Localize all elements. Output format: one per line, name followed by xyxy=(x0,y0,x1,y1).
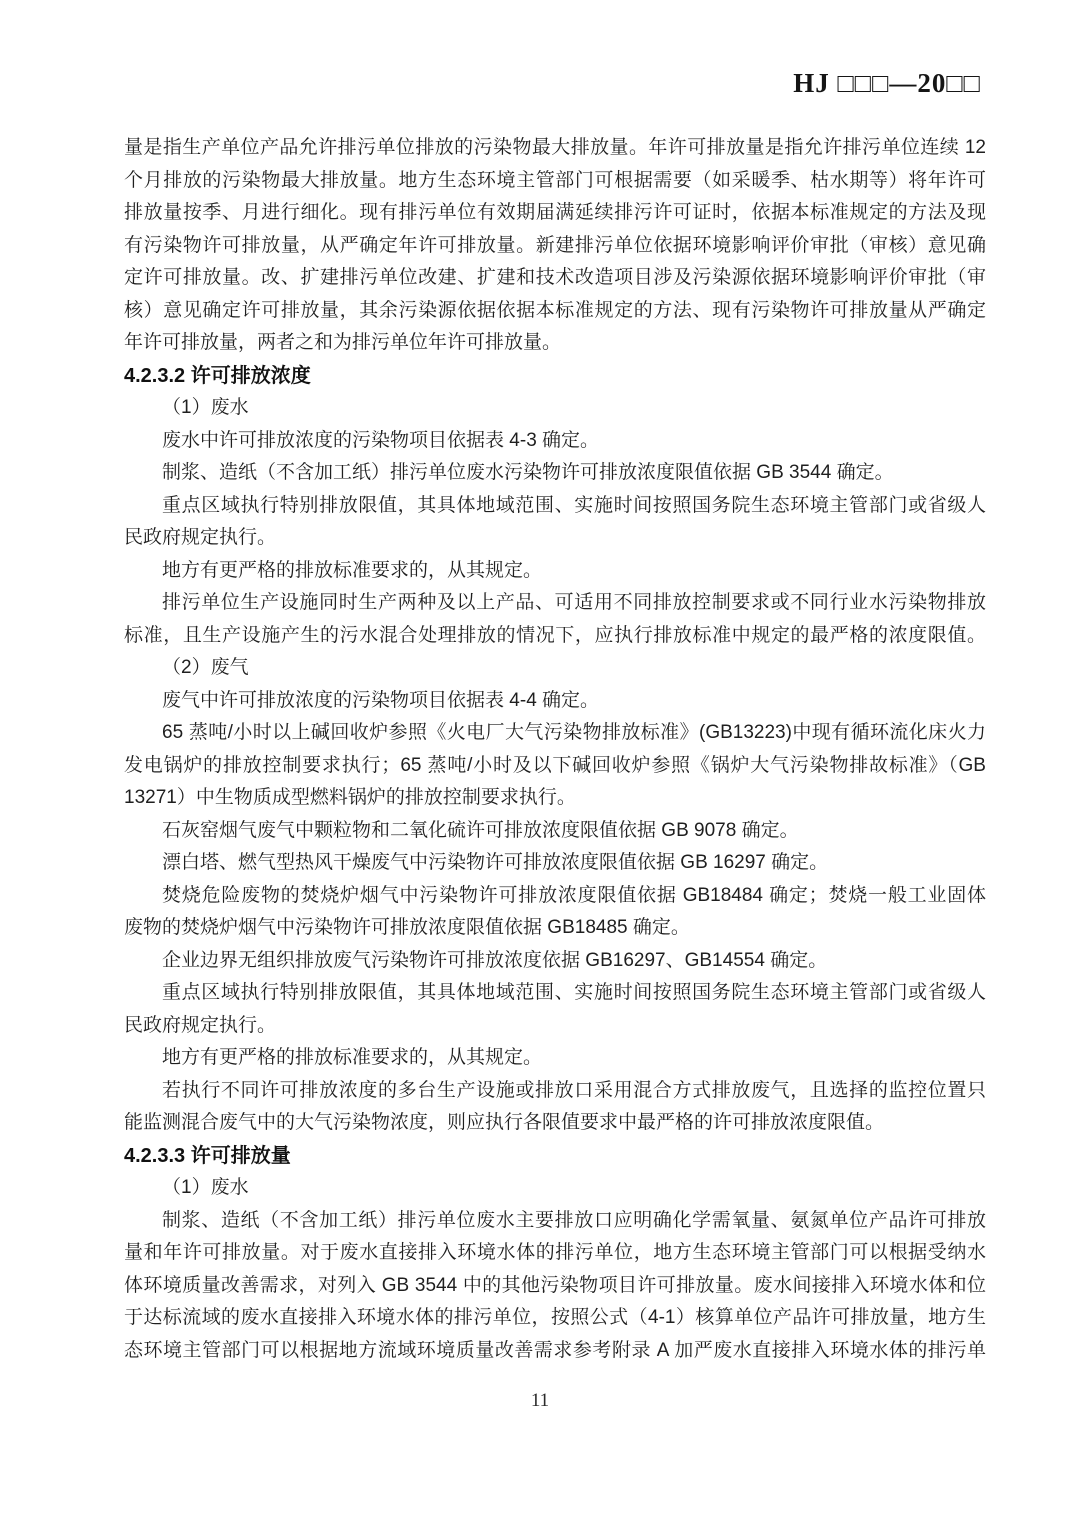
body-line: 定许可排放量。改、扩建排污单位改建、扩建和技术改造项目涉及污染源依据环境影响评价… xyxy=(124,262,986,295)
body-line: 废水中许可排放浓度的污染物项目依据表 4-3 确定。 xyxy=(124,425,986,458)
latin-text-run: 1 xyxy=(181,1177,192,1198)
body-line: 重点区域执行特别排放限值，其具体地域范围、实施时间按照国务院生态环境主管部门或省… xyxy=(124,490,986,523)
latin-text-run: GB18485 xyxy=(542,917,633,938)
body-line: （2）废气 xyxy=(124,652,986,685)
body-line: 若执行不同许可排放浓度的多台生产设施或排放口采用混合方式排放废气，且选择的监控位… xyxy=(124,1075,986,1108)
latin-text-run: (GB13223) xyxy=(699,722,792,743)
body-line: 制浆、造纸（不含加工纸）排污单位废水主要排放口应明确化学需氧量、氨氮单位产品许可… xyxy=(124,1205,986,1238)
latin-text-run: GB 3544 xyxy=(376,1275,463,1296)
latin-text-run: GB 16297 xyxy=(675,852,771,873)
latin-text-run: GB14554 xyxy=(685,950,771,971)
body-line: 发电锅炉的排放控制要求执行；65 蒸吨/小时及以下碱回收炉参照《锅炉大气污染物排… xyxy=(124,750,986,783)
body-line: 量和年许可排放量。对于废水直接排入环境水体的排污单位，地方生态环境主管部门可以根… xyxy=(124,1237,986,1270)
body-line: 地方有更严格的排放标准要求的，从其规定。 xyxy=(124,555,986,588)
body-line: 排污单位生产设施同时生产两种及以上产品、可适用不同排放控制要求或不同行业水污染物… xyxy=(124,587,986,620)
latin-text-run: GB 9078 xyxy=(656,820,742,841)
latin-text-run: 2 xyxy=(181,657,192,678)
body-line: 漂白塔、燃气型热风干燥废气中污染物许可排放浓度限值依据 GB 16297 确定。 xyxy=(124,847,986,880)
latin-text-run: 4-3 xyxy=(504,430,542,451)
body-line: 体环境质量改善需求，对列入 GB 3544 中的其他污染物项目许可排放量。废水间… xyxy=(124,1270,986,1303)
body-line: 废物的焚烧炉烟气中污染物许可排放浓度限值依据 GB18485 确定。 xyxy=(124,912,986,945)
body-line: 重点区域执行特别排放限值，其具体地域范围、实施时间按照国务院生态环境主管部门或省… xyxy=(124,977,986,1010)
body-line: 民政府规定执行。 xyxy=(124,522,986,555)
latin-text-run: 12 xyxy=(959,137,986,158)
body-line: （1）废水 xyxy=(124,1172,986,1205)
latin-text-run: 65 xyxy=(162,722,189,743)
body-line: 企业边界无组织排放废气污染物许可排放浓度依据 GB16297、GB14554 确… xyxy=(124,945,986,978)
body-line: 标准，且生产设施产生的污水混合处理排放的情况下，应执行排放标准中规定的最严格的浓… xyxy=(124,620,986,653)
latin-text-run: 4.2.3.3 xyxy=(124,1145,191,1167)
body-line: 制浆、造纸（不含加工纸）排污单位废水污染物许可排放浓度限值依据 GB 3544 … xyxy=(124,457,986,490)
latin-text-run: GB 3544 xyxy=(751,462,837,483)
section-heading: 4.2.3.3 许可排放量 xyxy=(124,1140,986,1173)
body-line: 民政府规定执行。 xyxy=(124,1010,986,1043)
body-line: 能监测混合废气中的大气污染物浓度，则应执行各限值要求中最严格的许可排放浓度限值。 xyxy=(124,1107,986,1140)
latin-text-run: 4-4 xyxy=(504,690,542,711)
latin-text-run: A xyxy=(651,1340,674,1361)
body-line: 年许可排放量，两者之和为排污单位年许可排放量。 xyxy=(124,327,986,360)
body-line: （1）废水 xyxy=(124,392,986,425)
latin-text-run: 65 xyxy=(400,755,427,776)
section-heading: 4.2.3.2 许可排放浓度 xyxy=(124,360,986,393)
latin-text-run: 1 xyxy=(181,397,192,418)
latin-text-run: / xyxy=(228,722,233,743)
body-line: 65 蒸吨/小时以上碱回收炉参照《火电厂大气污染物排放标准》(GB13223)中… xyxy=(124,717,986,750)
latin-text-run: GB xyxy=(959,755,986,776)
page-number: 11 xyxy=(0,1390,1080,1412)
body-line: 态环境主管部门可以根据地方流域环境质量改善需求参考附录 A 加严废水直接排入环境… xyxy=(124,1335,986,1368)
latin-text-run: GB18484 xyxy=(677,885,769,906)
body-line: 废气中许可排放浓度的污染物项目依据表 4-4 确定。 xyxy=(124,685,986,718)
body-line: 有污染物许可排放量，从严确定年许可排放量。新建排污单位依据环境影响评价审批（审核… xyxy=(124,230,986,263)
body-line: 核）意见确定许可排放量，其余污染源依据依据本标准规定的方法、现有污染物许可排放量… xyxy=(124,295,986,328)
document-page: HJ □□□—20□□ 量是指生产单位产品允许排污单位排放的污染物最大排放量。年… xyxy=(0,0,1080,1527)
latin-text-run: / xyxy=(467,755,472,776)
body-line: 13271）中生物质成型燃料锅炉的排放控制要求执行。 xyxy=(124,782,986,815)
document-body: 量是指生产单位产品允许排污单位排放的污染物最大排放量。年许可排放量是指允许排污单… xyxy=(124,132,986,1367)
latin-text-run: GB16297 xyxy=(580,950,666,971)
body-line: 于达标流域的废水直接排入环境水体的排污单位，按照公式（4-1）核算单位产品许可排… xyxy=(124,1302,986,1335)
document-code-header: HJ □□□—20□□ xyxy=(0,68,981,99)
body-line: 量是指生产单位产品允许排污单位排放的污染物最大排放量。年许可排放量是指允许排污单… xyxy=(124,132,986,165)
body-line: 地方有更严格的排放标准要求的，从其规定。 xyxy=(124,1042,986,1075)
body-line: 个月排放的污染物最大排放量。地方生态环境主管部门可根据需要（如采暖季、枯水期等）… xyxy=(124,165,986,198)
body-line: 排放量按季、月进行细化。现有排污单位有效期届满延续排污许可证时，依据本标准规定的… xyxy=(124,197,986,230)
latin-text-run: 13271 xyxy=(124,787,177,808)
body-line: 石灰窑烟气废气中颗粒物和二氧化硫许可排放浓度限值依据 GB 9078 确定。 xyxy=(124,815,986,848)
body-line: 焚烧危险废物的焚烧炉烟气中污染物许可排放浓度限值依据 GB18484 确定；焚烧… xyxy=(124,880,986,913)
latin-text-run: 4.2.3.2 xyxy=(124,365,191,387)
latin-text-run: 4-1 xyxy=(648,1307,675,1328)
